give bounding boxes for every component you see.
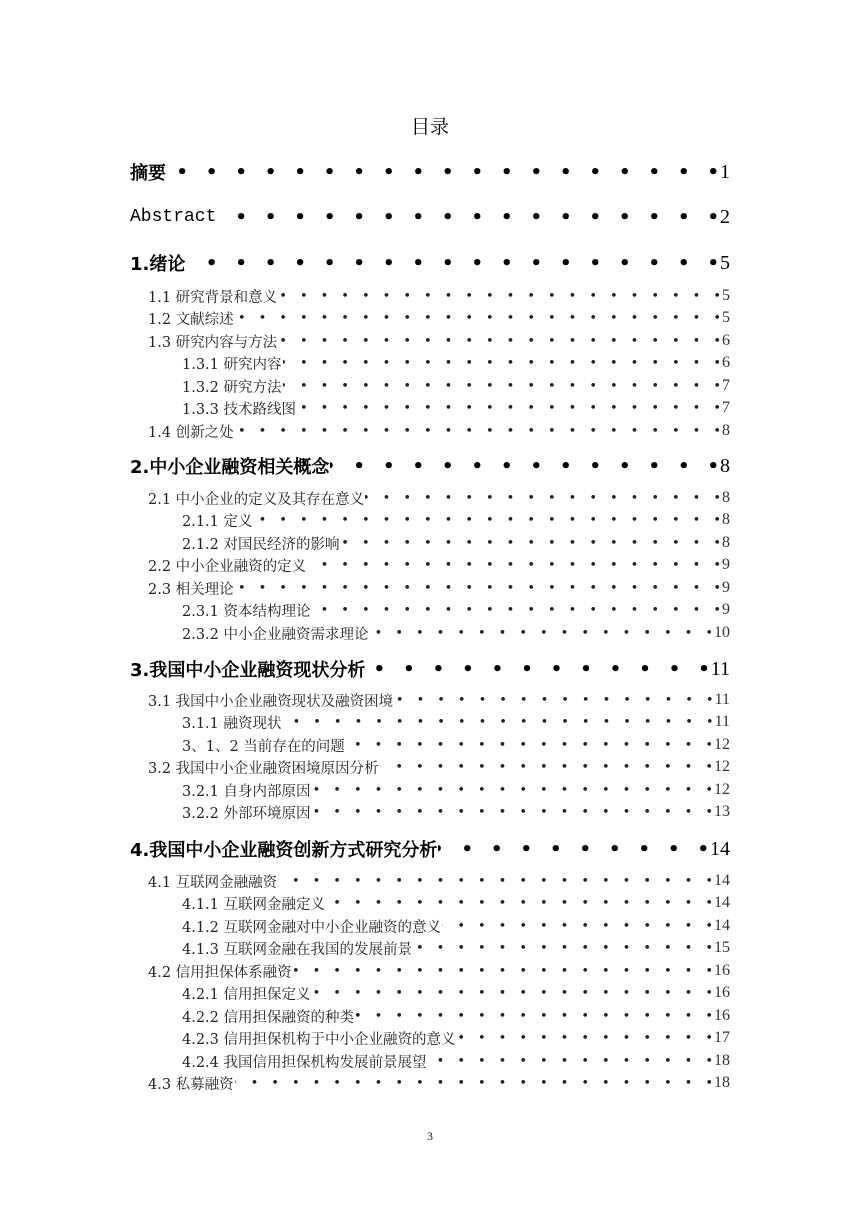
toc-entry-page-number: 16 bbox=[714, 984, 730, 1002]
toc-entry-label: 4.2.3 信用担保机构于中小企业融资的意义 bbox=[182, 1028, 456, 1049]
toc-entry-label: 1.1 研究背景和意义 bbox=[148, 286, 277, 307]
toc-entry-page-number: 8 bbox=[722, 534, 730, 552]
toc-entry-page-number: 9 bbox=[722, 579, 730, 597]
dot-leader: • • • • • • • • • • • • • • • • • • • • … bbox=[341, 536, 721, 551]
toc-entry-label: 4.1 互联网金融融资 bbox=[148, 871, 277, 892]
toc-entry-label: 2.中小企业融资相关概念 bbox=[130, 453, 329, 479]
toc-entry[interactable]: 2.3.1 资本结构理论• • • • • • • • • • • • • • … bbox=[182, 599, 730, 621]
toc-entry-page-number: 10 bbox=[714, 624, 730, 642]
toc-entry[interactable]: 2.中小企业融资相关概念• • • • • • • • • • • • • • … bbox=[130, 453, 730, 479]
toc-entry-page-number: 12 bbox=[714, 781, 730, 799]
dot-leader: • • • • • • • • • • • • • • • • • • • • … bbox=[278, 289, 721, 304]
toc-entry-page-number: 12 bbox=[714, 736, 730, 754]
dot-leader: • • • • • • • • • • • • • • • • • • • • … bbox=[278, 334, 721, 349]
toc-entry[interactable]: 2.3.2 中小企业融资需求理论• • • • • • • • • • • • … bbox=[182, 622, 730, 644]
toc-entry-label: 1.3.1 研究内容 bbox=[182, 353, 282, 374]
toc-entry-label: 4.2.1 信用担保定义 bbox=[182, 983, 311, 1004]
toc-entry-page-number: 9 bbox=[722, 556, 730, 574]
toc-entry[interactable]: 3.1 我国中小企业融资现状及融资困境• • • • • • • • • • •… bbox=[148, 689, 730, 711]
toc-entry-page-number: 18 bbox=[714, 1074, 730, 1092]
dot-leader: • • • • • • • • • • • • • • • • • • • • … bbox=[330, 456, 719, 477]
dot-leader: • • • • • • • • • • • • • • • • • • • • … bbox=[355, 1009, 713, 1024]
toc-entry-page-number: 14 bbox=[710, 838, 730, 861]
dot-leader: • • • • • • • • • • • • • • • • • • • • … bbox=[346, 738, 713, 753]
toc-entry-label: 4.1.1 互联网金融定义 bbox=[182, 893, 325, 914]
dot-leader: • • • • • • • • • • • • • • • • • • • • … bbox=[457, 1031, 713, 1046]
toc-entry[interactable]: 4.1.2 互联网金融对中小企业融资的意义• • • • • • • • • •… bbox=[182, 915, 730, 937]
dot-leader: • • • • • • • • • • • • • • • • • • • • … bbox=[235, 1076, 713, 1091]
toc-entry-page-number: 8 bbox=[722, 511, 730, 529]
dot-leader: • • • • • • • • • • • • • • • • • • • • … bbox=[442, 919, 713, 934]
toc-entry-page-number: 7 bbox=[722, 399, 730, 417]
dot-leader: • • • • • • • • • • • • • • • • • • • • … bbox=[283, 715, 714, 730]
toc-entry-page-number: 7 bbox=[722, 377, 730, 395]
toc-entry-page-number: 5 bbox=[722, 309, 730, 327]
toc-entry[interactable]: 2.1.2 对国民经济的影响• • • • • • • • • • • • • … bbox=[182, 532, 730, 554]
toc-entry[interactable]: 3.2.2 外部环境原因• • • • • • • • • • • • • • … bbox=[182, 801, 730, 823]
toc-entry[interactable]: 3.1.1 融资现状• • • • • • • • • • • • • • • … bbox=[182, 711, 730, 733]
dot-leader: • • • • • • • • • • • • • • • • • • • • … bbox=[370, 626, 713, 641]
toc-entry-label: 4.我国中小企业融资创新方式研究分析 bbox=[130, 836, 437, 862]
toc-entry-page-number: 11 bbox=[715, 713, 730, 731]
toc-entry-label: 2.3 相关理论 bbox=[148, 578, 234, 599]
toc-entry-label: 2.1.2 对国民经济的影响 bbox=[182, 533, 340, 554]
toc-entry-label: 3.我国中小企业融资现状分析 bbox=[130, 656, 365, 682]
toc-entry[interactable]: 3.2.1 自身内部原因• • • • • • • • • • • • • • … bbox=[182, 779, 730, 801]
dot-leader: • • • • • • • • • • • • • • • • • • • • … bbox=[235, 424, 721, 439]
dot-leader: • • • • • • • • • • • • • • • • • • • • … bbox=[312, 986, 713, 1001]
dot-leader: • • • • • • • • • • • • • • • • • • • • … bbox=[312, 783, 713, 798]
toc-entry-label: 4.2.2 信用担保融资的种类 bbox=[182, 1006, 354, 1027]
toc-entry-page-number: 16 bbox=[714, 1007, 730, 1025]
toc-entry-label: 3.2 我国中小企业融资困境原因分析 bbox=[148, 757, 379, 778]
toc-entry[interactable]: Abstract• • • • • • • • • • • • • • • • … bbox=[130, 204, 730, 230]
toc-entry-label: 3.1 我国中小企业融资现状及融资困境 bbox=[148, 690, 393, 711]
dot-leader: • • • • • • • • • • • • • • • • • • • • … bbox=[283, 379, 721, 394]
toc-entry-page-number: 1 bbox=[720, 161, 730, 184]
toc-entry-page-number: 15 bbox=[714, 939, 730, 957]
toc-entry-page-number: 6 bbox=[722, 354, 730, 372]
toc-entry[interactable]: 2.1 中小企业的定义及其存在意义• • • • • • • • • • • •… bbox=[148, 487, 730, 509]
dot-leader: • • • • • • • • • • • • • • • • • • • • … bbox=[278, 874, 713, 889]
footer-page-number: 3 bbox=[0, 1129, 860, 1144]
toc-entry-label: 4.1.3 互联网金融在我国的发展前景 bbox=[182, 938, 412, 959]
toc-entry-label: 1.2 文献综述 bbox=[148, 308, 234, 329]
toc-title: 目录 bbox=[0, 115, 860, 139]
toc-entry-page-number: 14 bbox=[714, 917, 730, 935]
toc-entry[interactable]: 2.1.1 定义• • • • • • • • • • • • • • • • … bbox=[182, 509, 730, 531]
toc-entry-label: 2.3.1 资本结构理论 bbox=[182, 600, 311, 621]
toc-entry-label: 3、1、2 当前存在的问题 bbox=[182, 735, 345, 756]
dot-leader: • • • • • • • • • • • • • • • • • • • • … bbox=[283, 356, 721, 371]
toc-entry-label: 2.1.1 定义 bbox=[182, 510, 253, 531]
toc-entry[interactable]: 4.3 私募融资• • • • • • • • • • • • • • • • … bbox=[148, 1072, 730, 1094]
dot-leader: • • • • • • • • • • • • • • • • • • • • … bbox=[235, 581, 721, 596]
toc-entry[interactable]: 1.3.2 研究方法• • • • • • • • • • • • • • • … bbox=[182, 375, 730, 397]
dot-leader: • • • • • • • • • • • • • • • • • • • • … bbox=[217, 207, 719, 228]
dot-leader: • • • • • • • • • • • • • • • • • • • • … bbox=[186, 253, 719, 274]
toc-entry-page-number: 16 bbox=[714, 962, 730, 980]
toc-entry[interactable]: 4.2.2 信用担保融资的种类• • • • • • • • • • • • •… bbox=[182, 1005, 730, 1027]
toc-entry[interactable]: 4.我国中小企业融资创新方式研究分析• • • • • • • • • • • … bbox=[130, 836, 730, 862]
toc-entry-label: 1.3.2 研究方法 bbox=[182, 376, 282, 397]
toc-entry[interactable]: 3.我国中小企业融资现状分析• • • • • • • • • • • • • … bbox=[130, 656, 730, 682]
toc-entry-page-number: 14 bbox=[714, 872, 730, 890]
toc-entry[interactable]: 4.2.1 信用担保定义• • • • • • • • • • • • • • … bbox=[182, 982, 730, 1004]
dot-leader: • • • • • • • • • • • • • • • • • • • • … bbox=[326, 896, 713, 911]
dot-leader: • • • • • • • • • • • • • • • • • • • • … bbox=[380, 760, 713, 775]
toc-entry[interactable]: 4.2 信用担保体系融资• • • • • • • • • • • • • • … bbox=[148, 960, 730, 982]
toc-entry[interactable]: 1.2 文献综述• • • • • • • • • • • • • • • • … bbox=[148, 307, 730, 329]
toc-entry[interactable]: 2.3 相关理论• • • • • • • • • • • • • • • • … bbox=[148, 577, 730, 599]
dot-leader: • • • • • • • • • • • • • • • • • • • • … bbox=[438, 839, 709, 860]
toc-entry-label: 4.1.2 互联网金融对中小企业融资的意义 bbox=[182, 916, 441, 937]
toc-entry[interactable]: 3、1、2 当前存在的问题• • • • • • • • • • • • • •… bbox=[182, 734, 730, 756]
toc-entry-page-number: 11 bbox=[711, 658, 730, 681]
toc-entry-label: 4.3 私募融资 bbox=[148, 1073, 234, 1094]
dot-leader: • • • • • • • • • • • • • • • • • • • • … bbox=[254, 513, 721, 528]
toc-entry-label: 3.2.2 外部环境原因 bbox=[182, 802, 311, 823]
dot-leader: • • • • • • • • • • • • • • • • • • • • … bbox=[312, 603, 721, 618]
toc-entry[interactable]: 4.1 互联网金融融资• • • • • • • • • • • • • • •… bbox=[148, 870, 730, 892]
toc-entry[interactable]: 1.3 研究内容与方法• • • • • • • • • • • • • • •… bbox=[148, 330, 730, 352]
toc-entry-label: 4.2 信用担保体系融资 bbox=[148, 961, 292, 982]
toc-entry-label: 2.1 中小企业的定义及其存在意义 bbox=[148, 488, 364, 509]
toc-entry-page-number: 6 bbox=[722, 332, 730, 350]
toc-entry-page-number: 9 bbox=[722, 601, 730, 619]
toc-entry-page-number: 17 bbox=[714, 1029, 730, 1047]
dot-leader: • • • • • • • • • • • • • • • • • • • • … bbox=[293, 964, 713, 979]
toc-entry-label: 2.2 中小企业融资的定义 bbox=[148, 555, 306, 576]
toc-entry-label: 2.3.2 中小企业融资需求理论 bbox=[182, 623, 369, 644]
toc-entry[interactable]: 4.2.4 我国信用担保机构发展前景展望• • • • • • • • • • … bbox=[182, 1050, 730, 1072]
dot-leader: • • • • • • • • • • • • • • • • • • • • … bbox=[428, 1054, 713, 1069]
toc-entry-page-number: 12 bbox=[714, 758, 730, 776]
toc-entry-label: 1.绪论 bbox=[130, 250, 185, 276]
toc-entry-page-number: 8 bbox=[722, 489, 730, 507]
toc-entry[interactable]: 1.绪论• • • • • • • • • • • • • • • • • • … bbox=[130, 250, 730, 276]
dot-leader: • • • • • • • • • • • • • • • • • • • • … bbox=[297, 401, 721, 416]
toc-entry-label: 1.3.3 技术路线图 bbox=[182, 398, 296, 419]
toc-entry[interactable]: 3.2 我国中小企业融资困境原因分析• • • • • • • • • • • … bbox=[148, 756, 730, 778]
toc-entry[interactable]: 4.1.1 互联网金融定义• • • • • • • • • • • • • •… bbox=[182, 892, 730, 914]
toc-entry-page-number: 5 bbox=[722, 287, 730, 305]
toc-entry-page-number: 11 bbox=[715, 691, 730, 709]
toc-entry[interactable]: 2.2 中小企业融资的定义• • • • • • • • • • • • • •… bbox=[148, 554, 730, 576]
dot-leader: • • • • • • • • • • • • • • • • • • • • … bbox=[413, 941, 713, 956]
dot-leader: • • • • • • • • • • • • • • • • • • • • … bbox=[235, 311, 721, 326]
dot-leader: • • • • • • • • • • • • • • • • • • • • … bbox=[307, 558, 721, 573]
toc-entry[interactable]: 1.4 创新之处• • • • • • • • • • • • • • • • … bbox=[148, 420, 730, 442]
toc-entry-label: 4.2.4 我国信用担保机构发展前景展望 bbox=[182, 1051, 427, 1072]
dot-leader: • • • • • • • • • • • • • • • • • • • • … bbox=[167, 162, 719, 183]
toc-entry-label: 3.1.1 融资现状 bbox=[182, 712, 282, 733]
toc-entry[interactable]: 1.3.1 研究内容• • • • • • • • • • • • • • • … bbox=[182, 352, 730, 374]
toc-entry-page-number: 8 bbox=[720, 455, 730, 478]
toc-entry-label: Abstract bbox=[130, 207, 216, 227]
toc-entry[interactable]: 摘要• • • • • • • • • • • • • • • • • • • … bbox=[130, 159, 730, 185]
toc-entry[interactable]: 4.2.3 信用担保机构于中小企业融资的意义• • • • • • • • • … bbox=[182, 1027, 730, 1049]
dot-leader: • • • • • • • • • • • • • • • • • • • • … bbox=[366, 659, 709, 680]
toc-entry-page-number: 2 bbox=[720, 206, 730, 229]
toc-entry[interactable]: 1.1 研究背景和意义• • • • • • • • • • • • • • •… bbox=[148, 285, 730, 307]
toc-entry-label: 摘要 bbox=[130, 159, 166, 185]
toc-entry-label: 1.4 创新之处 bbox=[148, 421, 234, 442]
toc-entry[interactable]: 1.3.3 技术路线图• • • • • • • • • • • • • • •… bbox=[182, 397, 730, 419]
toc-entry-page-number: 14 bbox=[714, 894, 730, 912]
toc-entry-label: 1.3 研究内容与方法 bbox=[148, 331, 277, 352]
toc-entry[interactable]: 4.1.3 互联网金融在我国的发展前景• • • • • • • • • • •… bbox=[182, 937, 730, 959]
toc-entry-page-number: 13 bbox=[714, 803, 730, 821]
toc-entry-label: 3.2.1 自身内部原因 bbox=[182, 780, 311, 801]
dot-leader: • • • • • • • • • • • • • • • • • • • • … bbox=[394, 693, 713, 708]
toc-entry-page-number: 18 bbox=[714, 1052, 730, 1070]
toc-entry-page-number: 8 bbox=[722, 422, 730, 440]
toc-entry-page-number: 5 bbox=[720, 252, 730, 275]
dot-leader: • • • • • • • • • • • • • • • • • • • • … bbox=[365, 491, 721, 506]
dot-leader: • • • • • • • • • • • • • • • • • • • • … bbox=[312, 805, 713, 820]
